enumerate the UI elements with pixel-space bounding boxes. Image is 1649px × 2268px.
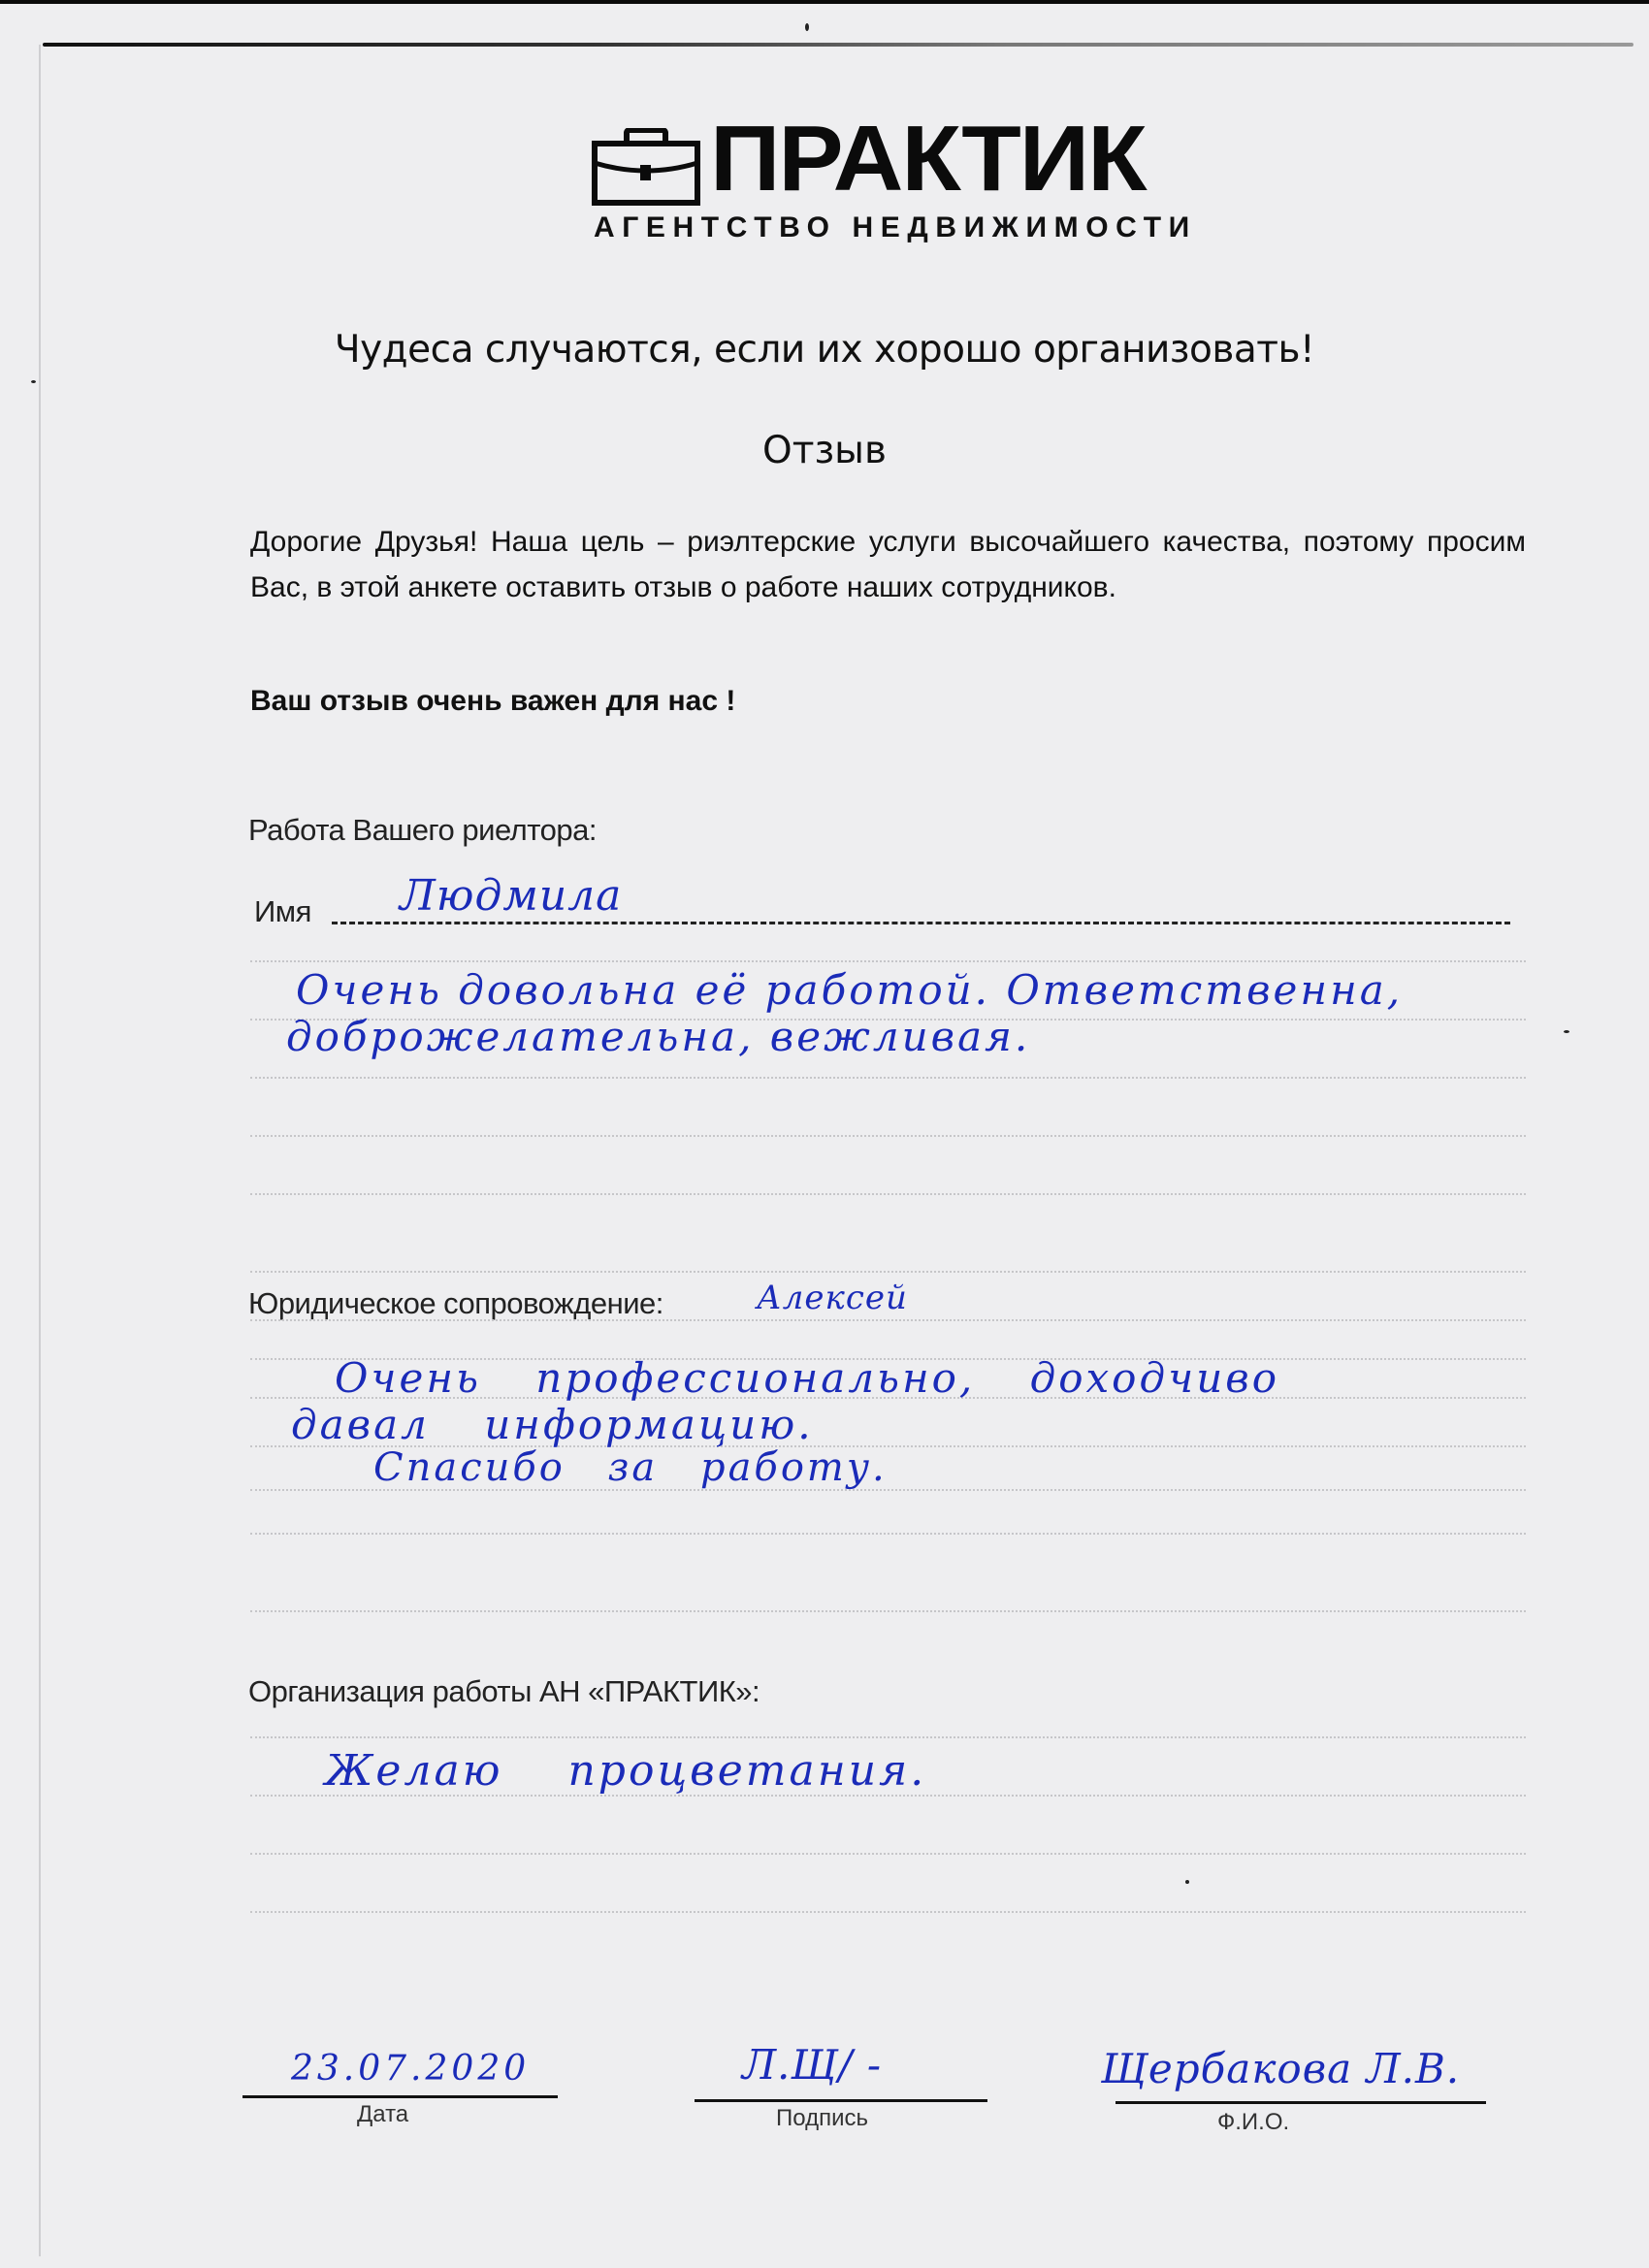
ruled-line bbox=[250, 1533, 1526, 1535]
scan-speck bbox=[1564, 1030, 1569, 1033]
header-rule bbox=[43, 43, 1633, 47]
realtor-section-label: Работа Вашего риелтора: bbox=[248, 813, 597, 848]
ruled-line bbox=[250, 1853, 1526, 1855]
slogan: Чудеса случаются, если их хорошо организ… bbox=[0, 328, 1649, 372]
company-logo: ПРАКТИК АГЕНТСТВО НЕДВИЖИМОСТИ bbox=[592, 126, 1193, 244]
fio-line bbox=[1115, 2101, 1486, 2104]
organization-review-line-1[interactable]: Желаю процветания. bbox=[325, 1746, 926, 1796]
signature-value[interactable]: Л.Щ/ - bbox=[742, 2041, 882, 2089]
legal-review-line-3[interactable]: Спасибо за работу. bbox=[373, 1445, 888, 1490]
name-field-line bbox=[332, 922, 1510, 924]
scan-speck bbox=[805, 23, 809, 31]
ruled-line bbox=[250, 1135, 1526, 1137]
ruled-line bbox=[250, 1911, 1526, 1913]
ruled-line bbox=[250, 1319, 1526, 1321]
ruled-line bbox=[250, 1077, 1526, 1079]
brand-name: ПРАКТИК bbox=[710, 113, 1145, 206]
ruled-line bbox=[250, 1193, 1526, 1195]
scan-left-edge bbox=[39, 45, 41, 2256]
date-value[interactable]: 23.07.2020 bbox=[291, 2049, 530, 2089]
scan-speck bbox=[1185, 1880, 1189, 1884]
realtor-name-value[interactable]: Людмила bbox=[400, 871, 622, 921]
fio-value[interactable]: Щербакова Л.В. bbox=[1101, 2045, 1460, 2092]
signature-line bbox=[695, 2099, 987, 2102]
fio-label: Ф.И.О. bbox=[1217, 2109, 1289, 2136]
brand-subtitle: АГЕНТСТВО НЕДВИЖИМОСТИ bbox=[594, 211, 1197, 244]
scan-speck bbox=[31, 380, 36, 383]
date-line bbox=[242, 2095, 558, 2098]
briefcase-icon bbox=[592, 128, 700, 206]
legal-section-label: Юридическое сопровождение: bbox=[248, 1286, 663, 1321]
legal-name-value[interactable]: Алексей bbox=[757, 1279, 908, 1317]
organization-section-label: Организация работы АН «ПРАКТИК»: bbox=[248, 1674, 760, 1709]
ruled-line bbox=[250, 1610, 1526, 1612]
ruled-line bbox=[250, 1736, 1526, 1738]
date-label: Дата bbox=[357, 2101, 408, 2128]
ruled-line bbox=[250, 1271, 1526, 1273]
ruled-line bbox=[250, 960, 1526, 962]
intro-paragraph: Дорогие Друзья! Наша цель – риэлтерские … bbox=[250, 519, 1526, 610]
scan-top-edge bbox=[0, 0, 1649, 4]
page-title: Отзыв bbox=[0, 429, 1649, 472]
signature-label: Подпись bbox=[776, 2105, 868, 2132]
legal-review-line-1[interactable]: Очень профессионально, доходчиво bbox=[335, 1354, 1279, 1402]
important-note: Ваш отзыв очень важен для нас ! bbox=[250, 685, 735, 718]
legal-review-line-2[interactable]: давал информацию. bbox=[291, 1401, 814, 1448]
realtor-review-line-2[interactable]: доброжелательна, вежливая. bbox=[286, 1013, 1030, 1060]
name-label: Имя bbox=[254, 894, 311, 929]
realtor-review-line-1[interactable]: Очень довольна её работой. Ответственна, bbox=[296, 966, 1403, 1014]
